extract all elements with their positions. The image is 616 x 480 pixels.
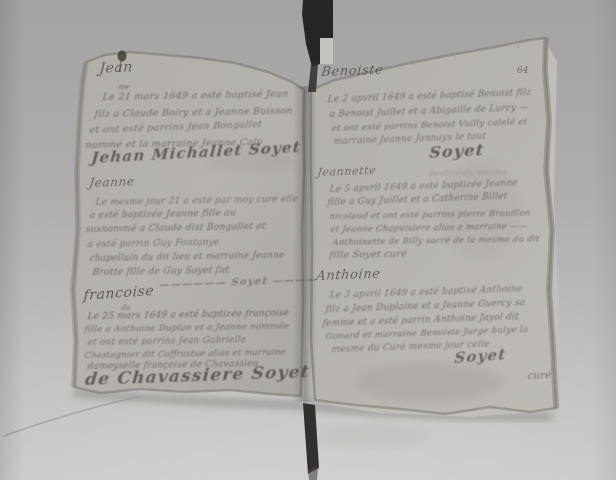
- handwriting-line: fille a Anthoine Duplan et a Jeanne nomm…: [84, 322, 290, 334]
- handwriting-line: Jean: [99, 60, 134, 76]
- handwriting-line: ʹ: [516, 46, 520, 56]
- handwriting-line: Chastagnier dit Coffrastue alias et marr…: [84, 347, 286, 359]
- handwriting-line: et ont esté parrins Jean Gabrielle: [87, 336, 247, 348]
- handwriting-line: Benoiste: [321, 64, 384, 79]
- handwriting-line: chapellain du dit lieu et marraine Jeann…: [89, 252, 285, 264]
- handwriting-line: de Chavassiere Soyet: [84, 364, 310, 389]
- handwriting-line: Anthoine: [316, 268, 382, 283]
- handwriting-line: Le 2 apvril 1649 a esté baptisé Benoist …: [327, 89, 531, 105]
- handwriting-line: Le mesme jour 21 a esté par moy curé ell…: [95, 195, 299, 207]
- handwriting-line: Jeanne: [89, 175, 135, 189]
- handwriting-line: —————— Soyet ————: [159, 275, 318, 291]
- handwriting-line: fille a Guy Juillet et a Catherine Bille…: [327, 193, 508, 208]
- handwriting-line: beatrix du mesme: [429, 169, 508, 178]
- handwriting-line: curé: [527, 371, 552, 382]
- handwriting-line: fille Soyet curé: [329, 250, 408, 261]
- handwriting-line: Brotte fille de Guy Soyet fut: [92, 267, 230, 278]
- handwriting-line: et ont esté parrins Benoist Vuilly calel…: [331, 118, 528, 133]
- handwriting-line: filz a Claude Boiry et a Jeanne Buisson: [94, 107, 293, 120]
- archival-photograph: 64 JeanmeLe 21 mars 1649 a esté baptisé …: [0, 0, 616, 480]
- handwriting-line: et ont esté parrins Jean Bongallet: [89, 120, 262, 136]
- handwriting-line: nicolaud et ont esté parrins pierre Brou…: [329, 208, 531, 220]
- handwriting-line: Anthoinette de Billy sacré de la mesme d…: [332, 234, 540, 246]
- handwriting-line: susnommé a Claude dist Bongallet et: [85, 223, 266, 235]
- handwriting-line: Soyet: [429, 142, 485, 161]
- handwriting-line: Jeannette: [317, 165, 377, 178]
- handwriting-line: Le 25 mars 1649 a esté baptizée françois…: [87, 309, 290, 321]
- page-number: 64: [517, 66, 528, 76]
- handwriting-line: me: [118, 84, 130, 91]
- handwriting-line: Gonard et marraine Benoiste Jurge bulye …: [325, 326, 529, 342]
- handwriting-line: a esté parrin Guy Fontanye: [87, 239, 220, 250]
- handwriting-line: Soyet: [454, 347, 507, 366]
- handwriting-line: Le 21 mars 1649 a esté baptisé Jean: [102, 90, 289, 103]
- handwriting-layer: 64 JeanmeLe 21 mars 1649 a esté baptisé …: [0, 0, 616, 480]
- handwriting-line: francoise: [83, 284, 155, 303]
- handwriting-line: a esté baptizée Jeanne fille au: [89, 209, 236, 221]
- handwriting-line: et Jeanne Chapuisiere alias a marraine —…: [330, 222, 528, 234]
